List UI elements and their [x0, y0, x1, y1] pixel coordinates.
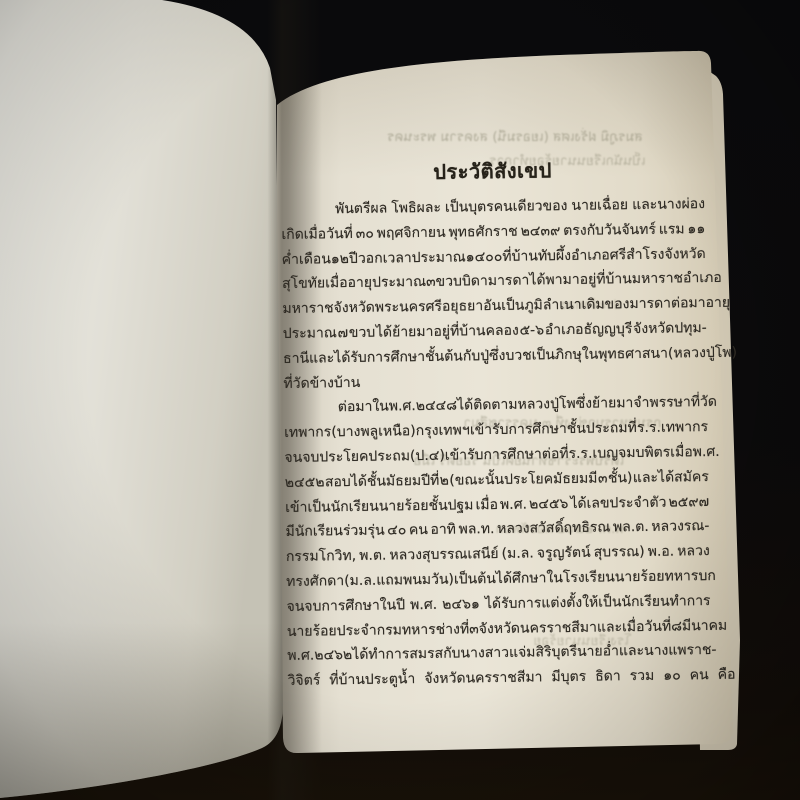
page-title: ประวัติสังเขป	[280, 147, 704, 190]
page-content: ประวัติสังเขป พันตรีผลโพธิผละเป็นบุตรคนเ…	[280, 147, 712, 694]
body-text: พันตรีผลโพธิผละเป็นบุตรคนเดียวของนายเฉื่…	[281, 192, 712, 694]
book-photo: สมรภูมิ ฝรั่งเศส (เยอรมนี) สงคราม พระนคร…	[0, 0, 800, 800]
